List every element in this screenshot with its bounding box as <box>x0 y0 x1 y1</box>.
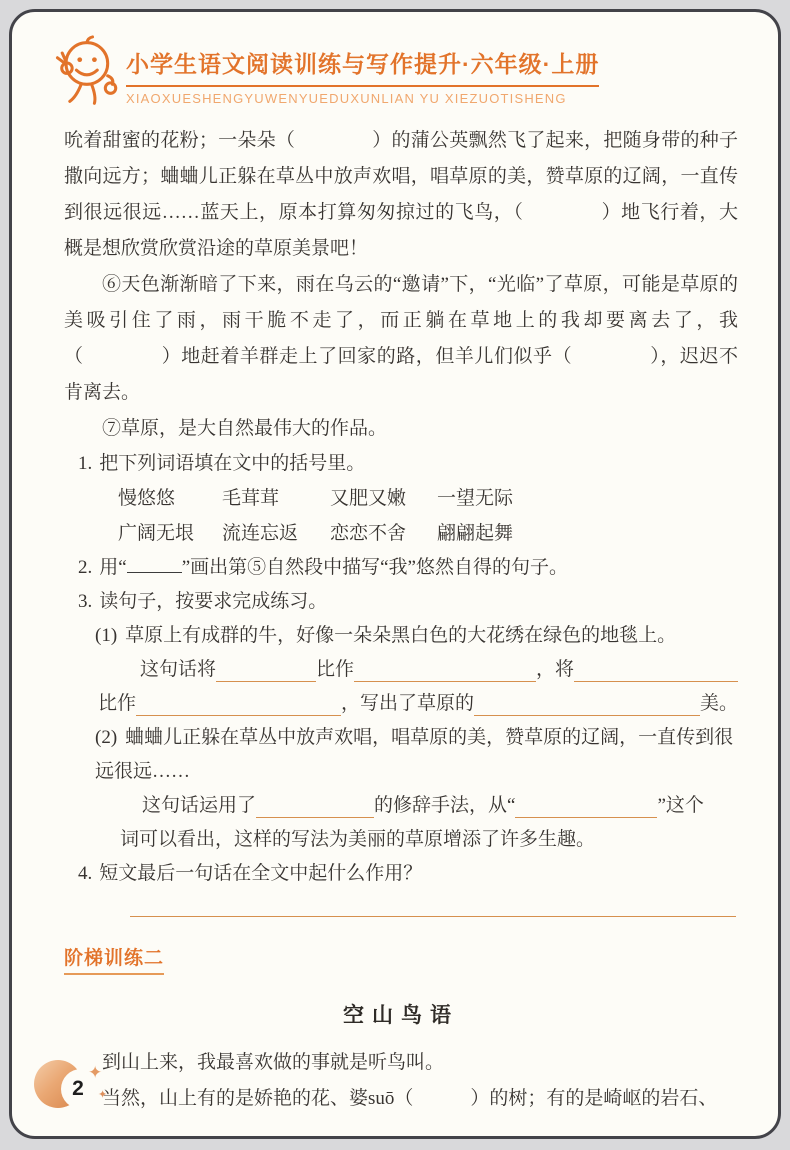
analysis-text: 美。 <box>700 687 738 721</box>
fill-in-blank <box>216 680 316 682</box>
book-title: 小学生语文阅读训练与写作提升·六年级·上册 <box>126 46 599 87</box>
word-item: 流连忘返 <box>222 516 330 551</box>
fill-in-blank <box>354 680 536 682</box>
question-3-sub2: (2)蛐蛐儿正躲在草丛中放声欢唱，唱草原的美，赞草原的辽阔，一直传到很远很远…… <box>95 721 738 789</box>
analysis-text: 词可以看出，这样的写法为美丽的草原增添了许多生趣。 <box>120 823 595 857</box>
essay-para2: 当然，山上有的是娇艳的花、婆suō（ ）的树；有的是崎岖的岩石、 <box>64 1081 738 1117</box>
passage-para7: ⑦草原，是大自然最伟大的作品。 <box>64 411 738 447</box>
textbook-page: 小学生语文阅读训练与写作提升·六年级·上册 XIAOXUESHENGYUWENY… <box>9 9 781 1139</box>
word-item: 广阔无垠 <box>118 516 222 551</box>
fill-in-blank <box>474 714 700 716</box>
word-item: 慢悠悠 <box>118 481 222 516</box>
question-2-number: 2. <box>78 557 92 578</box>
question-4-text: 短文最后一句话在全文中起什么作用？ <box>99 863 422 884</box>
question-3-sub1-number: (1) <box>95 625 117 646</box>
star-icon: ✦ <box>98 1090 107 1101</box>
page-header: 小学生语文阅读训练与写作提升·六年级·上册 XIAOXUESHENGYUWENY… <box>48 34 738 115</box>
question-1-text: 把下列词语填在文中的括号里。 <box>99 453 365 474</box>
question-3-sub1-sentence: 草原上有成群的牛，好像一朵朵黑白色的大花绣在绿色的地毯上。 <box>125 625 676 646</box>
header-text: 小学生语文阅读训练与写作提升·六年级·上册 XIAOXUESHENGYUWENY… <box>126 34 599 106</box>
analysis-text: 这句话运用了 <box>142 789 256 823</box>
question-2: 2.用“”画出第⑤自然段中描写“我”悠然自得的句子。 <box>78 551 738 585</box>
question-3-text: 读句子，按要求完成练习。 <box>99 591 327 612</box>
question-3-sub1-analysis-line-1: 这句话将比作，将 <box>140 653 738 687</box>
analysis-text: 这句话将 <box>140 653 216 687</box>
question-1: 1.把下列词语填在文中的括号里。 <box>78 447 738 481</box>
book-title-pinyin: XIAOXUESHENGYUWENYUEDUXUNLIAN YU XIEZUOT… <box>126 91 599 106</box>
passage-para5-continuation: 吮着甜蜜的花粉；一朵朵（ ）的蒲公英飘然飞了起来，把随身带的种子撒向远方；蛐蛐儿… <box>64 123 738 267</box>
question-2-text-after-blank: ”画出第⑤自然段中描写“我”悠然自得的句子。 <box>182 557 568 578</box>
passage-para6: ⑥天色渐渐暗了下来，雨在乌云的“邀请”下，“光临”了草原，可能是草原的美吸引住了… <box>64 267 738 411</box>
analysis-text: ，写出了草原的 <box>341 687 474 721</box>
question-3-sub2-analysis-line-1: 这句话运用了的修辞手法，从“”这个 <box>142 789 738 823</box>
analysis-text: ”这个 <box>657 789 703 823</box>
page-number: 2 <box>72 1077 84 1101</box>
section-2-header: 阶梯训练二 <box>64 943 164 975</box>
question-3-sub2-number: (2) <box>95 727 117 748</box>
word-item: 恋恋不舍 <box>330 516 437 551</box>
fill-in-blank <box>515 816 657 818</box>
analysis-text: 比作 <box>98 687 136 721</box>
analysis-text: ，将 <box>536 653 574 687</box>
question-3-sub2-sentence: 蛐蛐儿正躲在草丛中放声欢唱，唱草原的美，赞草原的辽阔，一直传到很远很远…… <box>95 727 733 782</box>
question-2-text-before-blank: 用“ <box>99 557 126 578</box>
underline-blank <box>127 571 182 573</box>
fill-in-blank <box>136 714 341 716</box>
word-item: 一望无际 <box>437 481 738 516</box>
question-3-sub2-analysis-line-2: 词可以看出，这样的写法为美丽的草原增添了许多生趣。 <box>120 823 738 857</box>
question-3: 3.读句子，按要求完成练习。 <box>78 585 738 619</box>
word-item: 毛茸茸 <box>222 481 330 516</box>
fill-in-blank <box>574 680 738 682</box>
section-2: 阶梯训练二 空山鸟语 到山上来，我最喜欢做的事就是听鸟叫。 当然，山上有的是娇艳… <box>64 917 738 1117</box>
question-1-number: 1. <box>78 453 92 474</box>
mascot-logo-icon <box>48 34 120 115</box>
word-bank-row-1: 慢悠悠 毛茸茸 又肥又嫩 一望无际 <box>118 481 738 516</box>
page-content: 小学生语文阅读训练与写作提升·六年级·上册 XIAOXUESHENGYUWENY… <box>12 12 778 1117</box>
essay-title: 空山鸟语 <box>64 999 738 1029</box>
question-4: 4.短文最后一句话在全文中起什么作用？ <box>78 857 738 891</box>
fill-in-blank <box>256 816 374 818</box>
word-bank-row-2: 广阔无垠 流连忘返 恋恋不舍 翩翩起舞 <box>118 516 738 551</box>
page-number-moon: 2 ✦ ✦ <box>34 1060 82 1108</box>
question-3-sub1-analysis-line-2: 比作，写出了草原的美。 <box>98 687 738 721</box>
question-3-sub1: (1)草原上有成群的牛，好像一朵朵黑白色的大花绣在绿色的地毯上。 <box>95 619 738 653</box>
essay-para1: 到山上来，我最喜欢做的事就是听鸟叫。 <box>64 1045 738 1081</box>
word-item: 翩翩起舞 <box>437 516 738 551</box>
question-3-number: 3. <box>78 591 92 612</box>
analysis-text: 比作 <box>316 653 354 687</box>
analysis-text: 的修辞手法，从“ <box>374 789 515 823</box>
word-item: 又肥又嫩 <box>330 481 437 516</box>
question-4-number: 4. <box>78 863 92 884</box>
star-icon: ✦ <box>88 1064 102 1081</box>
